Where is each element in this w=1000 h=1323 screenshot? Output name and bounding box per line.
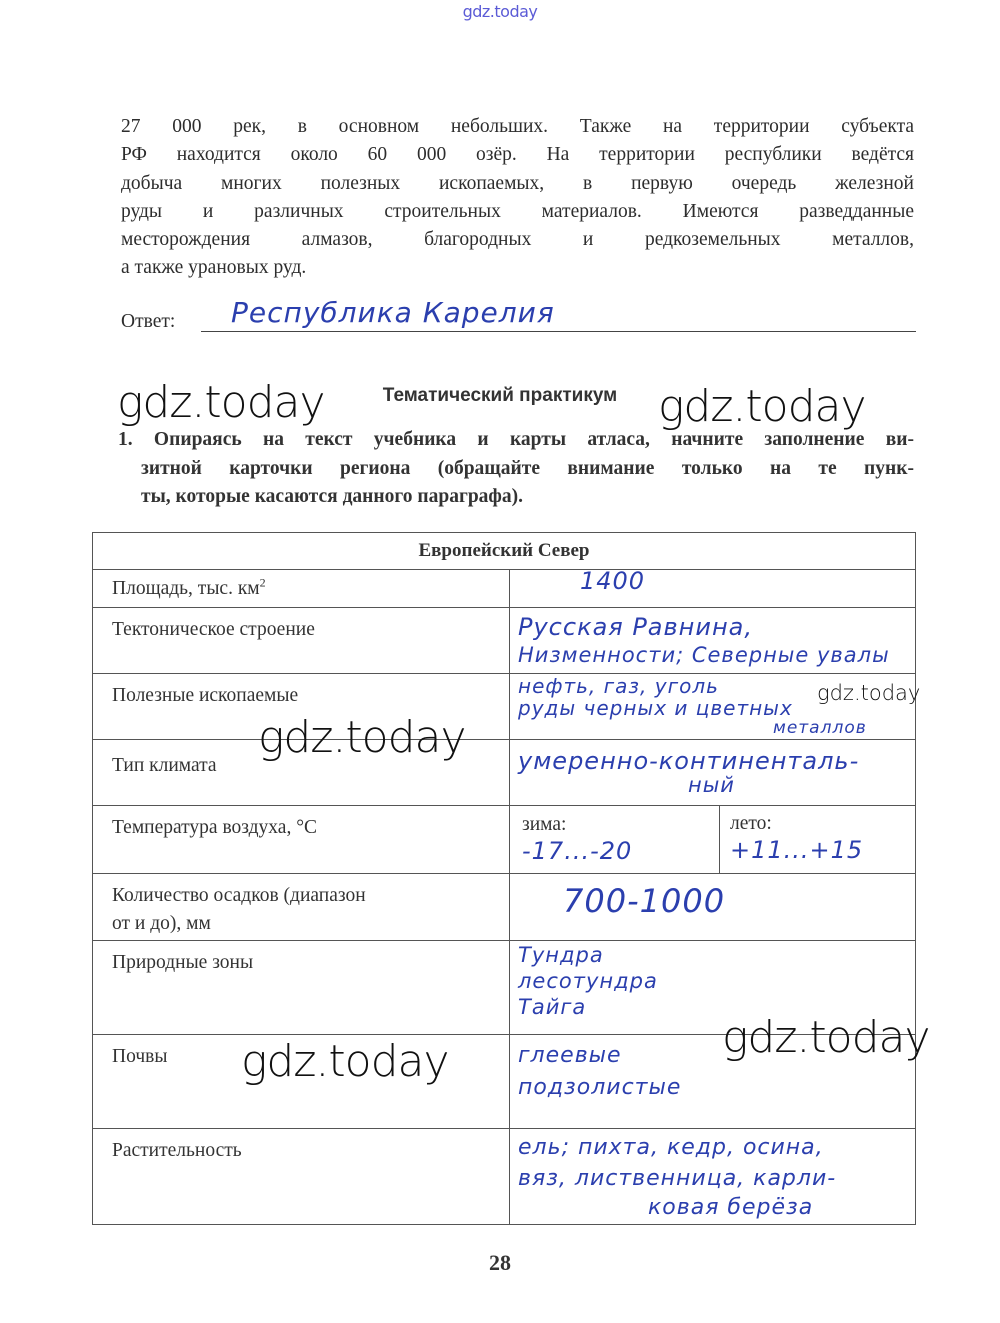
table-row-temperature: Температура воздуха, °С зима: -17...-20 … xyxy=(93,806,916,874)
page-number: 28 xyxy=(0,1250,1000,1276)
watermark: gdz.today xyxy=(117,381,325,425)
table-row-minerals: Полезные ископаемые нефть, газ, уголь ру… xyxy=(93,674,916,740)
region-card-table: Европейский Север Площадь, тыс. км2 1400… xyxy=(92,532,916,1225)
paragraph-line: РФ находится около 60 000 озёр. На терри… xyxy=(121,141,914,169)
row-label: Количество осадков (диапазон от и до), м… xyxy=(93,874,510,941)
table-row-precipitation: Количество осадков (диапазон от и до), м… xyxy=(93,874,916,941)
row-label: Площадь, тыс. км2 xyxy=(93,570,510,608)
task-line: зитной карточки региона (обращайте внима… xyxy=(118,455,914,484)
answer-handwritten[interactable]: Республика Карелия xyxy=(231,296,555,329)
summer-value[interactable]: +11...+15 xyxy=(730,834,915,864)
watermark: gdz.today xyxy=(817,683,920,704)
row-value[interactable]: 700-1000 xyxy=(510,874,916,941)
winter-label: зима: xyxy=(522,814,566,835)
watermark: gdz.today xyxy=(658,385,866,429)
answer-label: Ответ: xyxy=(121,311,175,333)
paragraph-line: месторождения алмазов, благородных и ред… xyxy=(121,226,914,254)
table-row-area: Площадь, тыс. км2 1400 xyxy=(93,570,916,608)
table-row-tectonics: Тектоническое строение Русская Равнина, … xyxy=(93,608,916,674)
paragraph-text: 27 000 рек, в основном небольших. Также … xyxy=(121,113,914,283)
row-label: Растительность xyxy=(93,1129,510,1225)
watermark: gdz.today xyxy=(258,716,466,760)
summer-cell[interactable]: лето: +11...+15 xyxy=(720,806,915,873)
winter-cell[interactable]: зима: -17...-20 xyxy=(510,806,720,873)
row-value[interactable]: умеренно-континенталь- ный xyxy=(510,740,916,806)
top-watermark[interactable]: gdz.today xyxy=(0,2,1000,21)
paragraph-line: добыча многих полезных ископаемых, в пер… xyxy=(121,170,914,198)
watermark: gdz.today xyxy=(241,1040,449,1084)
row-value[interactable]: Русская Равнина, Низменности; Северные у… xyxy=(510,608,916,674)
task-line: ты, которые касаются данного параграфа). xyxy=(118,483,914,512)
row-value: зима: -17...-20 лето: +11...+15 xyxy=(510,806,916,874)
table-row-climate: Тип климата умеренно-континенталь- ный xyxy=(93,740,916,806)
watermark: gdz.today xyxy=(722,1016,930,1060)
paragraph-line: а также урановых руд. xyxy=(121,254,914,282)
summer-label: лето: xyxy=(730,814,915,834)
row-label: Тектоническое строение xyxy=(93,608,510,674)
task-instruction: 1. Опираясь на текст учебника и карты ат… xyxy=(118,426,914,512)
answer-line xyxy=(201,331,916,332)
paragraph-line: 27 000 рек, в основном небольших. Также … xyxy=(121,113,914,141)
answer-row: Ответ: Республика Карелия xyxy=(121,298,916,334)
table-row-vegetation: Растительность ель; пихта, кедр, осина, … xyxy=(93,1129,916,1225)
row-value[interactable]: ель; пихта, кедр, осина, вяз, лиственниц… xyxy=(510,1129,916,1225)
row-value[interactable]: 1400 xyxy=(510,570,916,608)
row-label: Природные зоны xyxy=(93,941,510,1035)
winter-value[interactable]: -17...-20 xyxy=(522,836,719,864)
table-header: Европейский Север xyxy=(93,533,916,570)
paragraph-line: руды и различных строительных материалов… xyxy=(121,198,914,226)
row-label: Температура воздуха, °С xyxy=(93,806,510,874)
